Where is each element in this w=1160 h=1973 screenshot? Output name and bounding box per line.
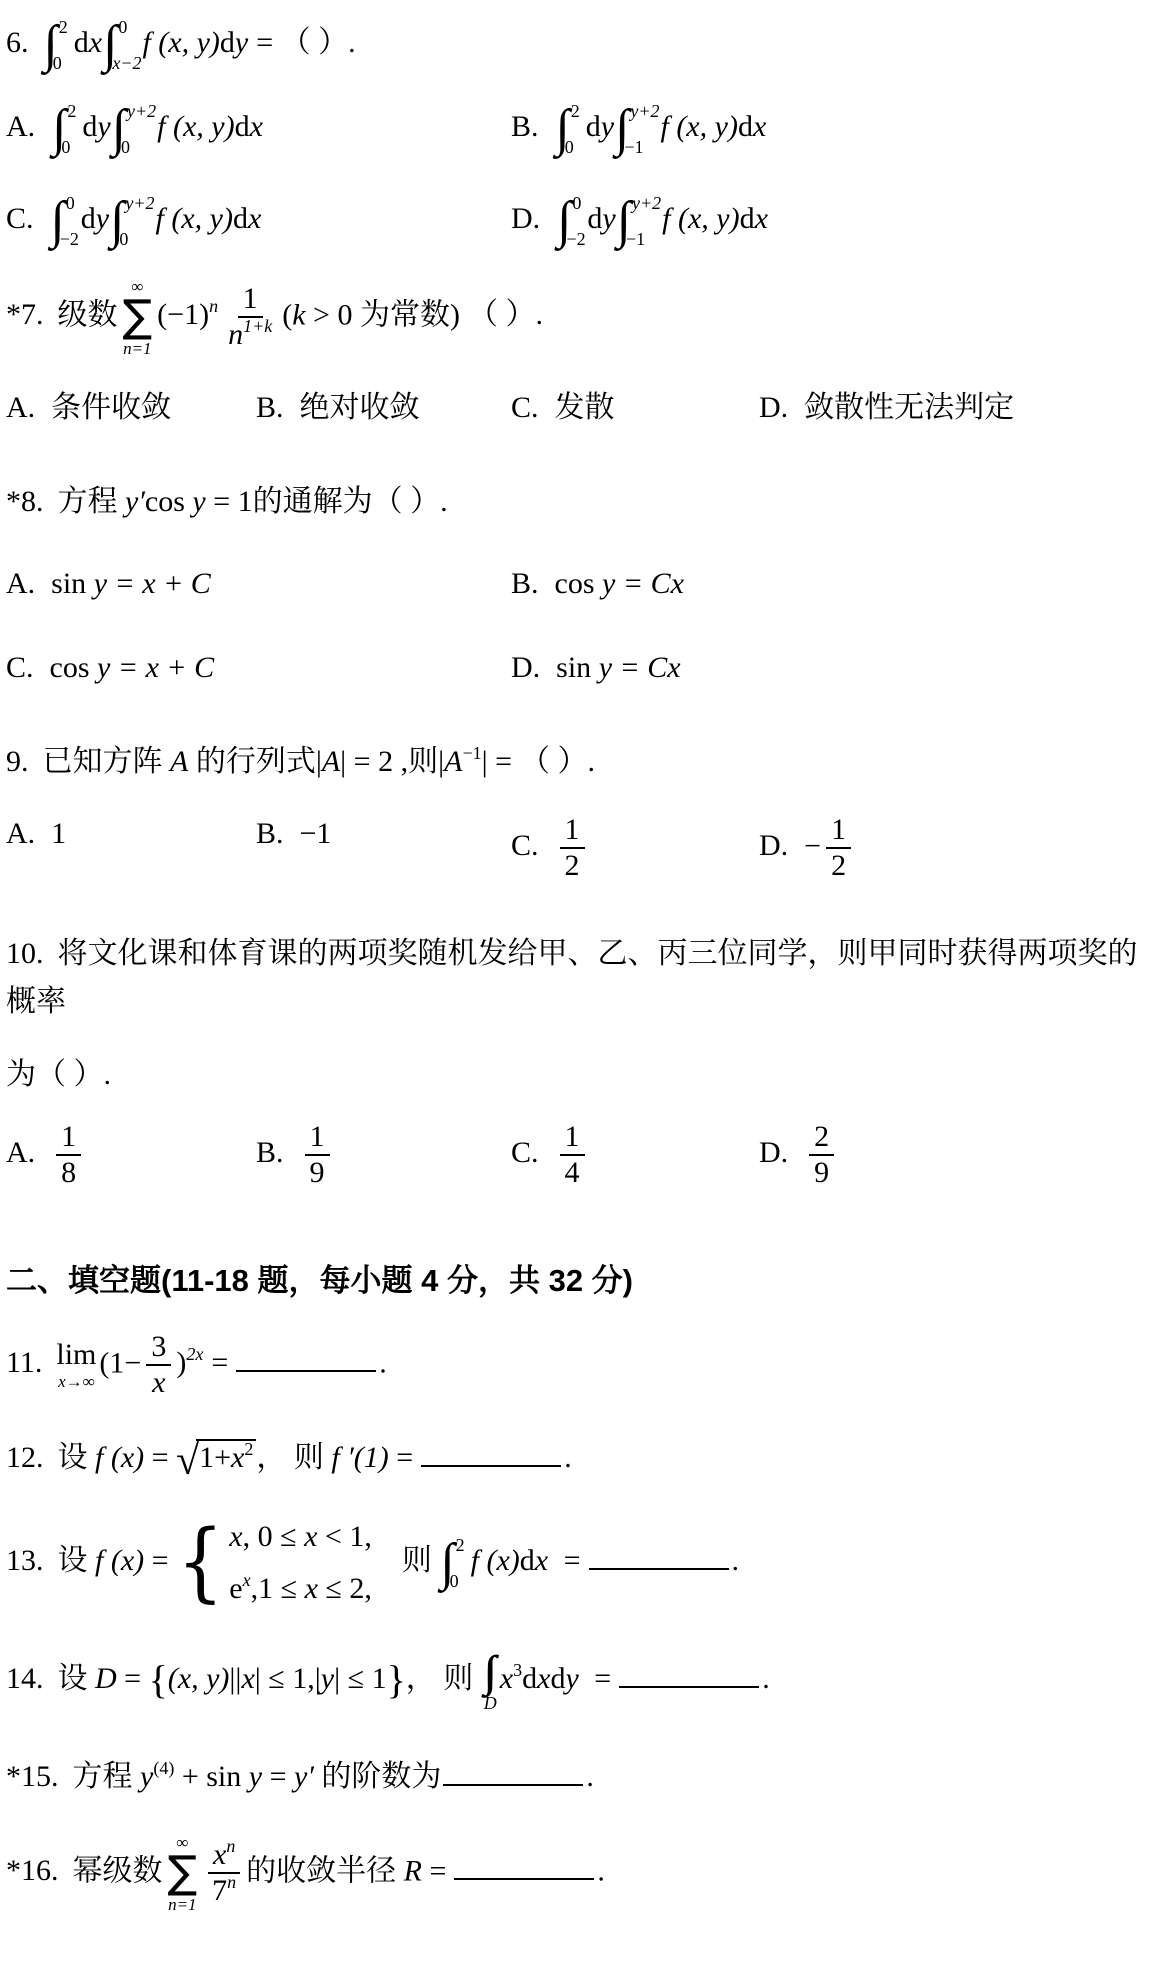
exponent: (4) (153, 1758, 174, 1778)
fraction: 19 (305, 1120, 330, 1191)
set-notation: {(x, y)||x| ≤ 1,|y| ≤ 1} (149, 1662, 406, 1695)
denominator: 8 (56, 1156, 81, 1191)
exponent: n (209, 296, 218, 316)
option-label: B. (511, 567, 539, 600)
option-label: D. (759, 391, 788, 424)
exponent: n (227, 1872, 236, 1892)
integrand: f (x, y) (660, 110, 737, 143)
stem-text: 方程 (73, 1760, 133, 1793)
question-7-options: A.条件收敛 B.绝对收敛 C.发散 D.敛散性无法判定 (6, 387, 1150, 429)
option-a: A.条件收敛 (6, 387, 256, 429)
stem-text: ， 则 (256, 1441, 324, 1474)
option-label: C. (511, 391, 539, 424)
fraction: 29 (809, 1120, 834, 1191)
denominator: 4 (560, 1156, 585, 1191)
numerator: 1 (560, 813, 585, 850)
stem-text: 将文化课和体育课的两项奖随机发给甲、乙、丙三位同学，则甲同时获得两项奖的概率 (6, 937, 1138, 1018)
equation: = 1 (213, 485, 252, 518)
stem-text: 级数 (58, 298, 118, 331)
minus-sign: − (804, 829, 821, 862)
integral: ∫y+2−1 (615, 98, 659, 160)
option-c: C.cos y = x + C (6, 647, 511, 689)
variable: y (192, 485, 205, 518)
piecewise-cases: {x, 0 ≤ x < 1,ex,1 ≤ x ≤ 2, (173, 1516, 372, 1610)
option-b: B.cos y = Cx (511, 563, 1150, 605)
integral-upper-limit: 2 (59, 18, 68, 36)
option-value: −1 (300, 817, 332, 850)
expression: (1− (99, 1346, 141, 1379)
stem-text: ， 则 (406, 1662, 474, 1695)
fraction: 12 (826, 813, 851, 884)
integral: ∫20 (440, 1532, 469, 1594)
stem-text: 的收敛半径 (246, 1854, 396, 1887)
question-number: 6. (6, 26, 29, 59)
function-name: sin (556, 651, 591, 684)
answer-blank (454, 1855, 594, 1881)
question-8-options: A.sin y = x + C B.cos y = Cx C.cos y = x… (6, 563, 1150, 689)
question-6-options: A.∫20dy∫y+20f (x, y)dx B.∫20dy∫y+2−1f (x… (6, 98, 1150, 252)
integral: ∫20 (52, 98, 81, 160)
case-2: ex,1 ≤ x ≤ 2, (229, 1568, 372, 1610)
option-text: 条件收敛 (51, 391, 171, 424)
integrand: f (x, y) (157, 110, 234, 143)
sigma-sign: ∑ (168, 1852, 198, 1894)
determinant: |A−1| = (438, 745, 512, 778)
expression: )2x (176, 1346, 203, 1379)
differential: d (520, 1544, 535, 1577)
question-9-stem: 9.已知方阵 A 的行列式|A| = 2 ,则|A−1| =（ ）. (6, 741, 1150, 783)
numerator: xn (208, 1838, 240, 1875)
section-title: 二、填空题(11-18 题，每小题 4 分，共 32 分) (6, 1263, 633, 1298)
differential: d (81, 202, 96, 235)
equation: y(4) + sin y = y′ (140, 1760, 314, 1793)
variable: x (89, 26, 102, 59)
fraction: 18 (56, 1120, 81, 1191)
numerator: 1 (238, 282, 263, 319)
denominator: x (147, 1366, 170, 1401)
question-10-stem-line2: 为（ ）. (6, 1054, 1150, 1096)
option-label: B. (256, 391, 284, 424)
stem-text: 设 (58, 1544, 88, 1577)
option-a: A.18 (6, 1120, 256, 1191)
exponent: 2x (186, 1344, 203, 1364)
answer-blank (619, 1662, 759, 1688)
stem-text: 的通解为 (253, 485, 373, 518)
answer-paren: （ ）. (373, 485, 448, 518)
option-text: 发散 (555, 391, 615, 424)
option-label: C. (6, 651, 34, 684)
question-number: 11. (6, 1346, 42, 1379)
option-text: 敛散性无法判定 (804, 391, 1014, 424)
option-d: D.sin y = Cx (511, 647, 1150, 689)
section-2-header: 二、填空题(11-18 题，每小题 4 分，共 32 分) (6, 1255, 1150, 1300)
sum-lower: n=1 (168, 1896, 196, 1913)
option-label: B. (511, 110, 539, 143)
exam-page: 6.∫20dx∫0x−2f (x, y)dy= （ ）. A.∫20dy∫y+2… (0, 0, 1160, 1973)
equals-sign: = (211, 1346, 228, 1379)
integral: ∫y+2−1 (617, 190, 661, 252)
integral: ∫y+20 (112, 98, 156, 160)
integrand: x3dxdy (500, 1662, 579, 1695)
question-8-stem: *8.方程 y′cos y = 1的通解为（ ）. (6, 481, 1150, 523)
option-label: A. (6, 391, 35, 424)
option-a: A.sin y = x + C (6, 563, 511, 605)
double-integral-sign: ∫∫ (485, 1650, 496, 1694)
double-integral: ∫∫D (484, 1650, 497, 1712)
sigma-sign: ∑ (123, 296, 153, 338)
exponent: n (226, 1836, 235, 1856)
question-10-options: A.18 B.19 C.14 D.29 (6, 1120, 1150, 1191)
integral: ∫0−2 (557, 190, 586, 252)
option-c: C.12 (511, 813, 759, 884)
question-9-options: A.1 B.−1 C.12 D.−12 (6, 813, 1150, 884)
option-d: D.−12 (759, 813, 1150, 884)
integral: ∫20 (44, 14, 73, 76)
question-12: 12.设 f (x) = √1+x2， 则 f ′(1) =. (6, 1437, 1150, 1482)
variable: y (97, 110, 110, 143)
integrand: f (x, y) (142, 26, 219, 59)
differential: d (740, 202, 755, 235)
equals-sign: = (396, 1441, 413, 1474)
period: . (564, 1441, 572, 1474)
numerator: 1 (305, 1120, 330, 1157)
integral: ∫0−2 (51, 190, 80, 252)
answer-blank (589, 1544, 729, 1570)
integral: ∫0x−2 (103, 14, 141, 76)
denominator: 2 (560, 849, 585, 884)
fraction: 3x (146, 1330, 171, 1401)
summation: ∞∑n=1 (123, 278, 153, 357)
summation: ∞∑n=1 (168, 1834, 198, 1913)
fraction: 12 (560, 813, 585, 884)
differential: d (586, 110, 601, 143)
option-label: B. (256, 1136, 284, 1169)
option-formula: y = x + C (97, 651, 214, 684)
stem-text: 则 (402, 1544, 432, 1577)
differential: d (74, 26, 89, 59)
stem-text: 方程 (58, 485, 118, 518)
option-b: B.19 (256, 1120, 511, 1191)
fraction: 1n1+k (223, 282, 277, 353)
option-c: C.发散 (511, 387, 759, 429)
integral-lower-limit: 0 (53, 54, 62, 72)
option-label: C. (511, 829, 539, 862)
derivative: f ′(1) (331, 1441, 388, 1474)
period: . (732, 1544, 740, 1577)
equals-sign: = (152, 1441, 169, 1474)
differential: d (220, 26, 235, 59)
option-label: A. (6, 110, 35, 143)
variable: y (96, 202, 109, 235)
function-name: cos (50, 651, 90, 684)
equals-sign: = (429, 1854, 446, 1887)
variable: x (753, 110, 766, 143)
question-15: *15.方程 y(4) + sin y = y′ 的阶数为. (6, 1756, 1150, 1798)
differential: d (235, 110, 250, 143)
equals-sign: = (594, 1662, 611, 1695)
sum-lower: n=1 (123, 340, 151, 357)
question-number: *7. (6, 298, 44, 331)
integral: ∫20 (556, 98, 585, 160)
numerator: 2 (809, 1120, 834, 1157)
option-label: D. (511, 202, 540, 235)
question-14: 14.设 D = {(x, y)||x| ≤ 1,|y| ≤ 1}， 则 ∫∫D… (6, 1650, 1150, 1712)
option-c: C.14 (511, 1120, 759, 1191)
variable: y (235, 26, 248, 59)
option-label: D. (759, 829, 788, 862)
option-label: A. (6, 567, 35, 600)
option-d: D.敛散性无法判定 (759, 387, 1150, 429)
stem-text: 的阶数为 (321, 1760, 441, 1793)
option-value: 1 (51, 817, 66, 850)
region-subscript: D (484, 1694, 497, 1712)
variable: y (601, 110, 614, 143)
integral-lower-limit: x−2 (112, 54, 141, 72)
exponent: 1+k (243, 316, 272, 336)
option-formula: y = x + C (94, 567, 211, 600)
equals-sign: = (152, 1544, 169, 1577)
function-name: cos (145, 485, 185, 518)
integral-upper-limit: 0 (118, 18, 127, 36)
option-b: B.−1 (256, 813, 511, 884)
period: . (586, 1760, 594, 1793)
question-number: 14. (6, 1662, 44, 1695)
answer-paren: 为（ ）. (6, 1058, 111, 1091)
stem-text: 已知方阵 (43, 745, 163, 778)
brace: { (149, 1657, 168, 1702)
variable: y′ (125, 485, 145, 518)
question-13: 13.设 f (x) ={x, 0 ≤ x < 1,ex,1 ≤ x ≤ 2,则… (6, 1516, 1150, 1610)
equals-sign: = (564, 1544, 581, 1577)
square-root: √1+x2 (176, 1441, 256, 1474)
function: f (x) (95, 1544, 144, 1577)
variable: x (755, 202, 768, 235)
option-label: A. (6, 1136, 35, 1169)
option-label: C. (511, 1136, 539, 1169)
stem-text: ,则 (393, 745, 438, 778)
function: f (x) (95, 1441, 144, 1474)
option-a: A.1 (6, 813, 256, 884)
question-number: *16. (6, 1854, 59, 1887)
function-name: cos (555, 567, 595, 600)
question-number: 12. (6, 1441, 44, 1474)
option-label: C. (6, 202, 34, 235)
question-11: 11.limx→∞(1−3x)2x=. (6, 1330, 1150, 1401)
differential: d (82, 110, 97, 143)
integrand: f (x, y) (662, 202, 739, 235)
option-b: B.绝对收敛 (256, 387, 511, 429)
exponent: x (243, 1570, 251, 1590)
denominator: 7n (207, 1874, 241, 1909)
denominator: 9 (305, 1156, 330, 1191)
question-10-stem: 10.将文化课和体育课的两项奖随机发给甲、乙、丙三位同学，则甲同时获得两项奖的概… (6, 930, 1150, 1026)
region-symbol: D (95, 1662, 117, 1695)
determinant: |A| = 2 (316, 745, 393, 778)
function-name: sin (206, 1760, 241, 1793)
answer-blank (443, 1760, 583, 1786)
lim-text: lim (56, 1340, 96, 1370)
option-label: D. (759, 1136, 788, 1169)
question-number: 10. (6, 937, 44, 970)
period: . (379, 1346, 387, 1379)
fraction: 14 (560, 1120, 585, 1191)
stem-text: 设 (58, 1662, 88, 1695)
option-d: D.∫0−2dy∫y+2−1f (x, y)dx (511, 190, 1150, 252)
differential: d (587, 202, 602, 235)
stem-text: 设 (58, 1441, 88, 1474)
integrand: f (x) (471, 1544, 520, 1577)
question-number: 13. (6, 1544, 44, 1577)
option-d: D.29 (759, 1120, 1150, 1191)
stem-text: 的行列式 (196, 745, 316, 778)
differential: d (233, 202, 248, 235)
question-number: *8. (6, 485, 44, 518)
function-name: sin (51, 567, 86, 600)
question-16: *16.幂级数∞∑n=1xn7n的收敛半径 R =. (6, 1834, 1150, 1913)
answer-paren: （ ）. (468, 298, 543, 331)
limit: limx→∞ (56, 1340, 96, 1390)
brace: { (177, 1522, 224, 1604)
answer-blank (421, 1441, 561, 1467)
fraction: xn7n (207, 1838, 241, 1909)
option-a: A.∫20dy∫y+20f (x, y)dx (6, 98, 511, 160)
option-label: D. (511, 651, 540, 684)
variable: x (248, 202, 261, 235)
answer-paren: = （ ）. (256, 26, 355, 59)
matrix-symbol: A (170, 745, 188, 778)
denominator: 9 (809, 1156, 834, 1191)
option-formula: y = Cx (599, 651, 681, 684)
variable: x (250, 110, 263, 143)
answer-paren: （ ）. (520, 745, 595, 778)
radius-symbol: R (404, 1854, 422, 1887)
answer-blank (236, 1347, 376, 1373)
question-number: *15. (6, 1760, 59, 1793)
integral: ∫y+20 (110, 190, 154, 252)
condition: (k > 0 为常数) (282, 298, 460, 331)
numerator: 1 (56, 1120, 81, 1157)
lim-subscript: x→∞ (58, 1373, 95, 1390)
question-6-stem: 6.∫20dx∫0x−2f (x, y)dy= （ ）. (6, 14, 1150, 76)
brace: } (387, 1657, 406, 1702)
question-7-stem: *7.级数∞∑n=1(−1)n1n1+k(k > 0 为常数)（ ）. (6, 278, 1150, 357)
option-c: C.∫0−2dy∫y+20f (x, y)dx (6, 190, 511, 252)
question-number: 9. (6, 745, 29, 778)
option-text: 绝对收敛 (300, 391, 420, 424)
denominator: 2 (826, 849, 851, 884)
option-label: A. (6, 817, 35, 850)
exponent: 3 (513, 1660, 522, 1680)
numerator: 3 (146, 1330, 171, 1367)
variable: y (602, 202, 615, 235)
period: . (597, 1854, 605, 1887)
equals-sign: = (124, 1662, 141, 1695)
denominator: n1+k (223, 318, 277, 353)
numerator: 1 (826, 813, 851, 850)
differential: d (738, 110, 753, 143)
exponent: −1 (462, 743, 481, 763)
radicand: 1+x2 (196, 1439, 256, 1474)
case-1: x, 0 ≤ x < 1, (229, 1516, 372, 1558)
integrand: f (x, y) (155, 202, 232, 235)
series-term: (−1)n (157, 298, 218, 331)
option-label: B. (256, 817, 284, 850)
period: . (762, 1662, 770, 1695)
numerator: 1 (560, 1120, 585, 1157)
variable: x (535, 1544, 548, 1577)
stem-text: 幂级数 (73, 1854, 163, 1887)
option-formula: y = Cx (602, 567, 684, 600)
exponent: 2 (244, 1439, 253, 1459)
option-b: B.∫20dy∫y+2−1f (x, y)dx (511, 98, 1150, 160)
